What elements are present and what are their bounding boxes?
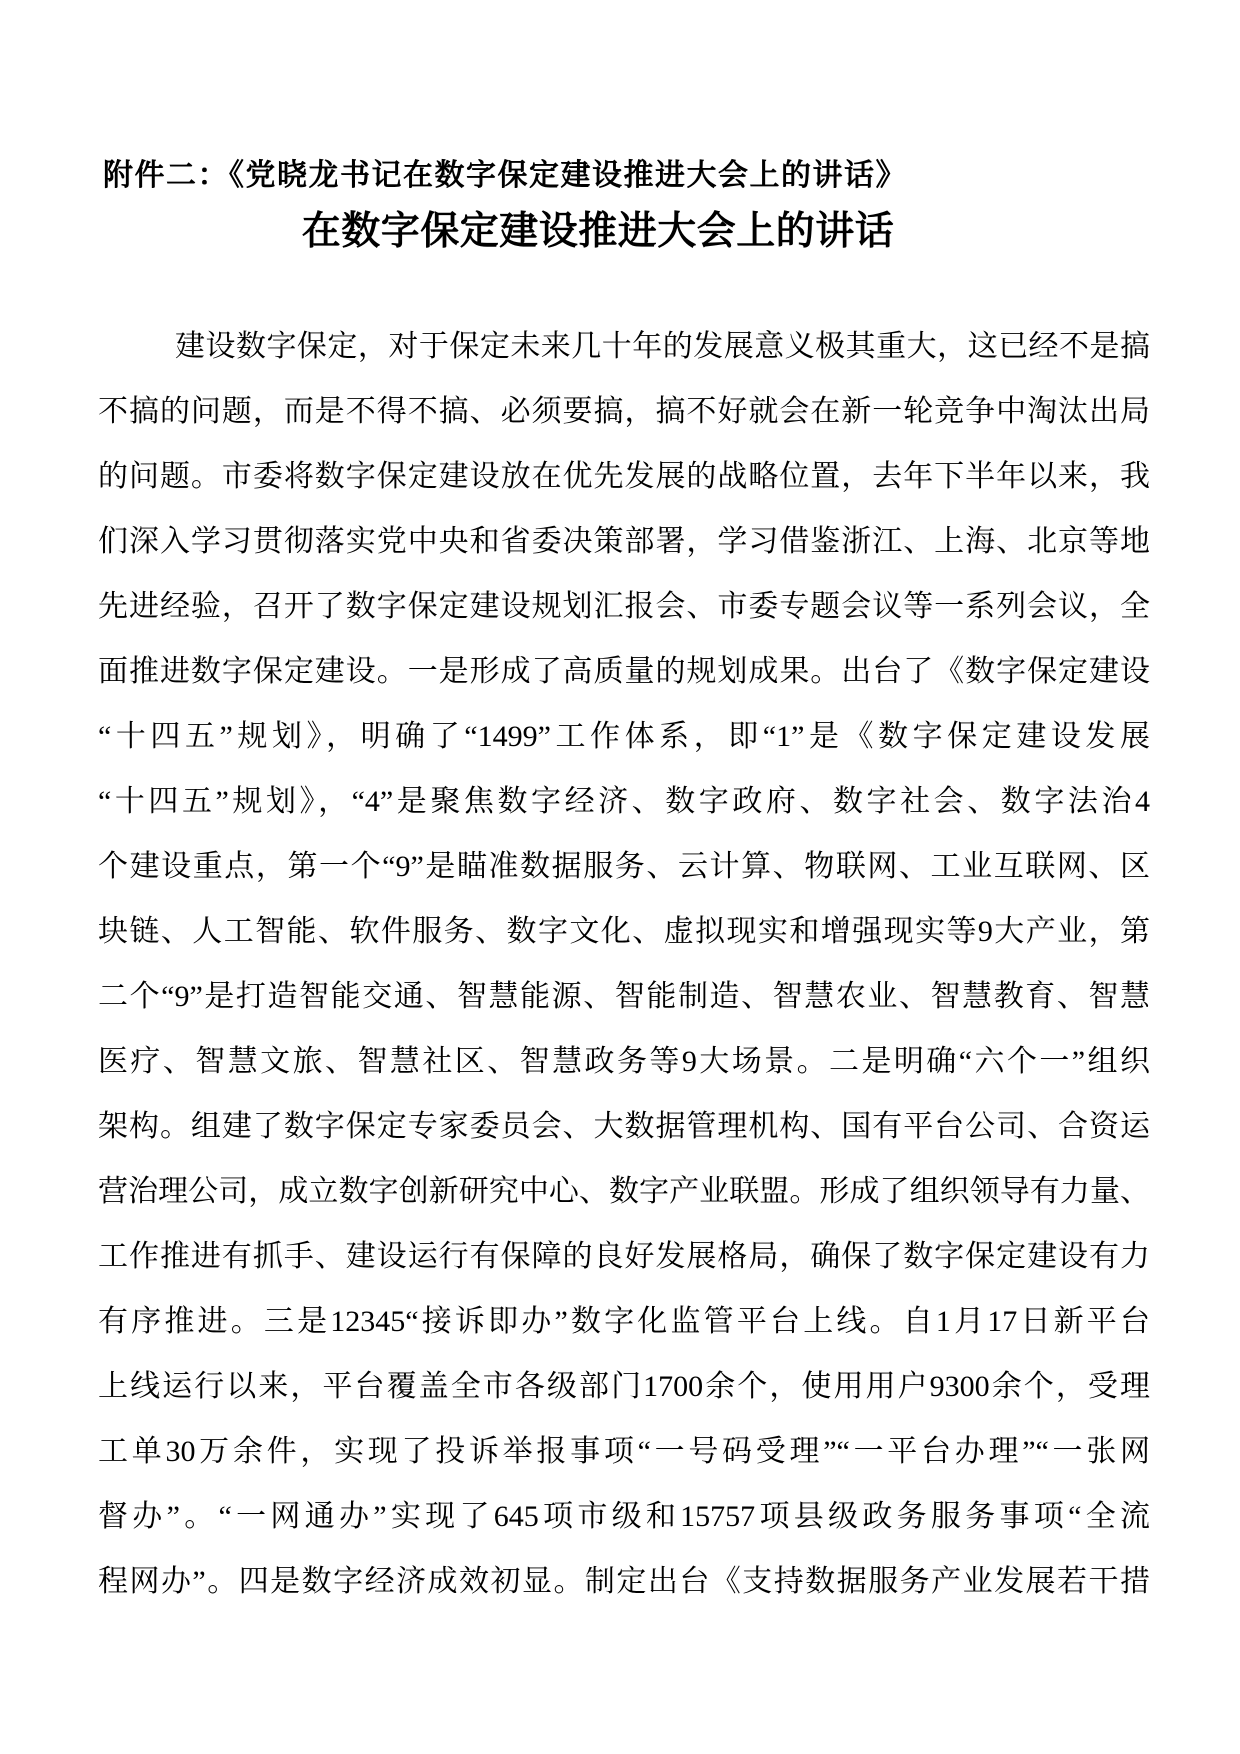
body-line: 先进经验，召开了数字保定建设规划汇报会、市委专题会议等一系列会议，全: [98, 574, 1150, 639]
body-line: 不搞的问题，而是不得不搞、必须要搞，搞不好就会在新一轮竞争中淘汰出局: [98, 379, 1150, 444]
body-line: 营治理公司，成立数字创新研究中心、数字产业联盟。形成了组织领导有力量、: [98, 1159, 1150, 1224]
document-body: 建设数字保定，对于保定未来几十年的发展意义极其重大，这已经不是搞 不搞的问题，而…: [98, 314, 1150, 1614]
body-line: 块链、人工智能、软件服务、数字文化、虚拟现实和增强现实等9大产业，第: [98, 899, 1150, 964]
body-line: 督办”。“一网通办”实现了645项市级和15757项县级政务服务事项“全流: [98, 1484, 1150, 1549]
body-line: 个建设重点，第一个“9”是瞄准数据服务、云计算、物联网、工业互联网、区: [98, 834, 1150, 899]
attachment-heading: 附件二：《党晓龙书记在数字保定建设推进大会上的讲话》: [103, 156, 907, 196]
body-line: 二个“9”是打造智能交通、智慧能源、智能制造、智慧农业、智慧教育、智慧: [98, 964, 1150, 1029]
body-line: 程网办”。四是数字经济成效初显。制定出台《支持数据服务产业发展若干措: [98, 1549, 1150, 1614]
document-title: 在数字保定建设推进大会上的讲话: [0, 206, 1196, 258]
body-line: 们深入学习贯彻落实党中央和省委决策部署，学习借鉴浙江、上海、北京等地: [98, 509, 1150, 574]
body-line: 工单30万余件，实现了投诉举报事项“一号码受理”“一平台办理”“一张网: [98, 1419, 1150, 1484]
body-line: 的问题。市委将数字保定建设放在优先发展的战略位置，去年下半年以来，我: [98, 444, 1150, 509]
document-page: 附件二：《党晓龙书记在数字保定建设推进大会上的讲话》 在数字保定建设推进大会上的…: [0, 0, 1240, 1754]
body-line: 医疗、智慧文旅、智慧社区、智慧政务等9大场景。二是明确“六个一”组织: [98, 1029, 1150, 1094]
body-line: 上线运行以来，平台覆盖全市各级部门1700余个，使用用户9300余个，受理: [98, 1354, 1150, 1419]
body-line: “十四五”规划》，“4”是聚焦数字经济、数字政府、数字社会、数字法治4: [98, 769, 1150, 834]
body-line: 工作推进有抓手、建设运行有保障的良好发展格局，确保了数字保定建设有力: [98, 1224, 1150, 1289]
body-line: 架构。组建了数字保定专家委员会、大数据管理机构、国有平台公司、合资运: [98, 1094, 1150, 1159]
body-line: “十四五”规划》，明确了“1499”工作体系，即“1”是《数字保定建设发展: [98, 704, 1150, 769]
body-line: 面推进数字保定建设。一是形成了高质量的规划成果。出台了《数字保定建设: [98, 639, 1150, 704]
body-line: 有序推进。三是12345“接诉即办”数字化监管平台上线。自1月17日新平台: [98, 1289, 1150, 1354]
body-line: 建设数字保定，对于保定未来几十年的发展意义极其重大，这已经不是搞: [98, 314, 1150, 379]
